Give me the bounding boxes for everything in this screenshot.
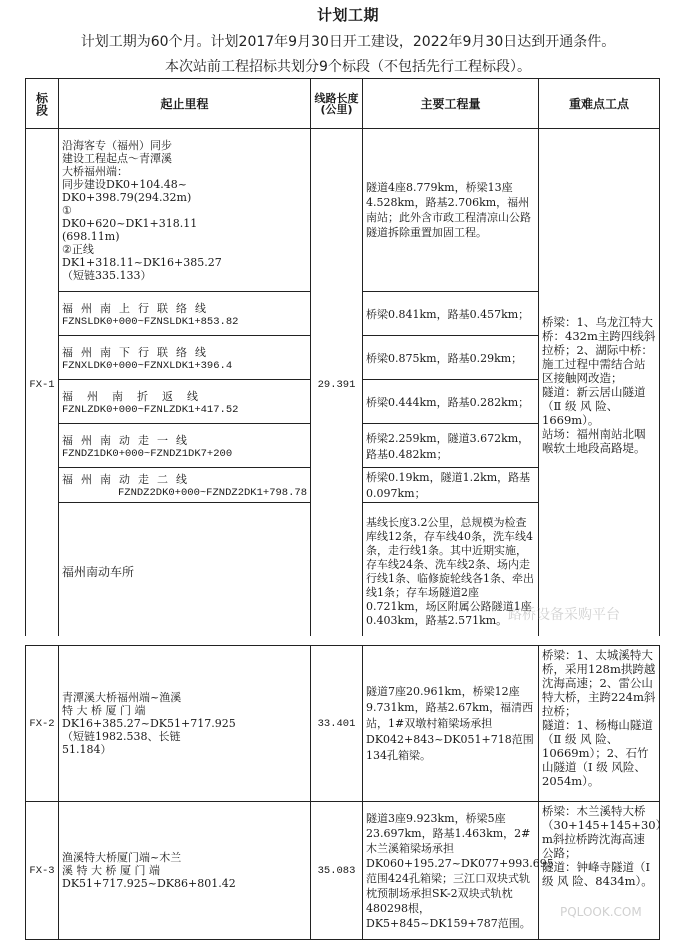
header-mileage: 起止里程 <box>59 79 311 129</box>
line-name: 福州南动走二线 <box>62 471 307 487</box>
platform-watermark: 路桥设备采购平台 <box>508 604 620 624</box>
section-cell: FX-3 <box>26 802 59 940</box>
line-name: 福州南折返线 <box>62 388 307 404</box>
mileage-cell: 福州南上行联络线 FZNSLDK0+000~FZNSLDK1+853.82 <box>59 292 311 336</box>
header-quantities: 主要工程量 <box>363 79 539 129</box>
quantities-cell: 桥梁0.875km，路基0.29km； <box>363 336 539 380</box>
quantities-cell: 桥梁0.444km，路基0.282km； <box>363 380 539 424</box>
mileage-range: FZNLZDK0+000~FZNLZDK1+417.52 <box>62 404 307 416</box>
section-cell: FX-1 <box>26 129 59 641</box>
mileage-range: FZNDZ1DK0+000~FZNDZ1DK7+200 <box>62 448 307 460</box>
header-length: 线路长度(公里) <box>311 79 363 129</box>
section-cell: FX-2 <box>26 646 59 802</box>
quantities-cell: 桥梁2.259km，隧道3.672km，路基0.482km； <box>363 424 539 468</box>
quantities-cell: 桥梁0.19km，隧道1.2km，路基0.097km； <box>363 468 539 503</box>
table-row: FX-2 青潭溪大桥福州端~渔溪 特 大 桥 厦 门 端 DK16+385.27… <box>26 646 660 802</box>
sections-table-part1: 标段 起止里程 线路长度(公里) 主要工程量 重难点工点 FX-1 沿海客专（福… <box>25 78 660 641</box>
key-points-cell: 桥梁：1、太城溪特大桥，采用128m拱跨越沈海高速；2、雷公山特大桥，主跨224… <box>539 646 660 802</box>
quantities-cell: 隧道3座9.923km，桥梁5座23.697km，路基1.463km，2#木兰溪… <box>363 802 539 940</box>
quantities-cell: 隧道7座20.961km，桥梁12座9.731km，路基2.67km，福清西站，… <box>363 646 539 802</box>
quantities-cell: 隧道4座8.779km，桥梁13座4.528km，路基2.706km，福州南站；… <box>363 129 539 292</box>
mileage-cell: 福州南折返线 FZNLZDK0+000~FZNLZDK1+417.52 <box>59 380 311 424</box>
mileage-cell: 青潭溪大桥福州端~渔溪 特 大 桥 厦 门 端 DK16+385.27~DK51… <box>59 646 311 802</box>
intro-sections: 本次站前工程招标共划分9个标段（不包括先行工程标段）。 <box>0 56 696 76</box>
site-watermark: PQLOOK.COM <box>560 905 642 919</box>
mileage-cell: 福州南动走二线 FZNDZ2DK0+000~FZNDZ2DK1+798.78 <box>59 468 311 503</box>
image-seam <box>0 636 696 644</box>
mileage-cell: 福州南下行联络线 FZNXLDK0+000~FZNXLDK1+396.4 <box>59 336 311 380</box>
mileage-cell: 福州南动走一线 FZNDZ1DK0+000~FZNDZ1DK7+200 <box>59 424 311 468</box>
length-cell: 35.083 <box>311 802 363 940</box>
line-name: 福州南动走一线 <box>62 432 307 448</box>
header-section: 标段 <box>26 79 59 129</box>
key-points-cell: 桥梁：1、乌龙江特大桥：432m主跨四线斜拉桥；2、湖际中桥：施工过程中需结合站… <box>539 129 660 641</box>
mileage-cell: 渔溪特大桥厦门端~木兰 溪 特 大 桥 厦 门 端 DK51+717.925~D… <box>59 802 311 940</box>
line-name: 福州南下行联络线 <box>62 344 307 360</box>
quantities-cell: 桥梁0.841km，路基0.457km； <box>363 292 539 336</box>
header-key-points: 重难点工点 <box>539 79 660 129</box>
table-header-row: 标段 起止里程 线路长度(公里) 主要工程量 重难点工点 <box>26 79 660 129</box>
intro-schedule: 计划工期为60个月。计划2017年9月30日开工建设，2022年9月30日达到开… <box>0 31 696 51</box>
mileage-cell: 沿海客专（福州）同步 建设工程起点～青潭溪 大桥福州端： 同步建设DK0+104… <box>59 129 311 292</box>
mileage-range: FZNXLDK0+000~FZNXLDK1+396.4 <box>62 360 307 372</box>
mileage-range: FZNDZ2DK0+000~FZNDZ2DK1+798.78 <box>62 487 307 499</box>
length-cell: 33.401 <box>311 646 363 802</box>
table-row: FX-1 沿海客专（福州）同步 建设工程起点～青潭溪 大桥福州端： 同步建设DK… <box>26 129 660 292</box>
mileage-cell: 福州南动车所 <box>59 503 311 641</box>
mileage-range: FZNSLDK0+000~FZNSLDK1+853.82 <box>62 316 307 328</box>
sections-table-part2: FX-2 青潭溪大桥福州端~渔溪 特 大 桥 厦 门 端 DK16+385.27… <box>25 645 660 940</box>
page-title: 计划工期 <box>0 4 696 25</box>
line-name: 福州南上行联络线 <box>62 300 307 316</box>
length-cell: 29.391 <box>311 129 363 641</box>
